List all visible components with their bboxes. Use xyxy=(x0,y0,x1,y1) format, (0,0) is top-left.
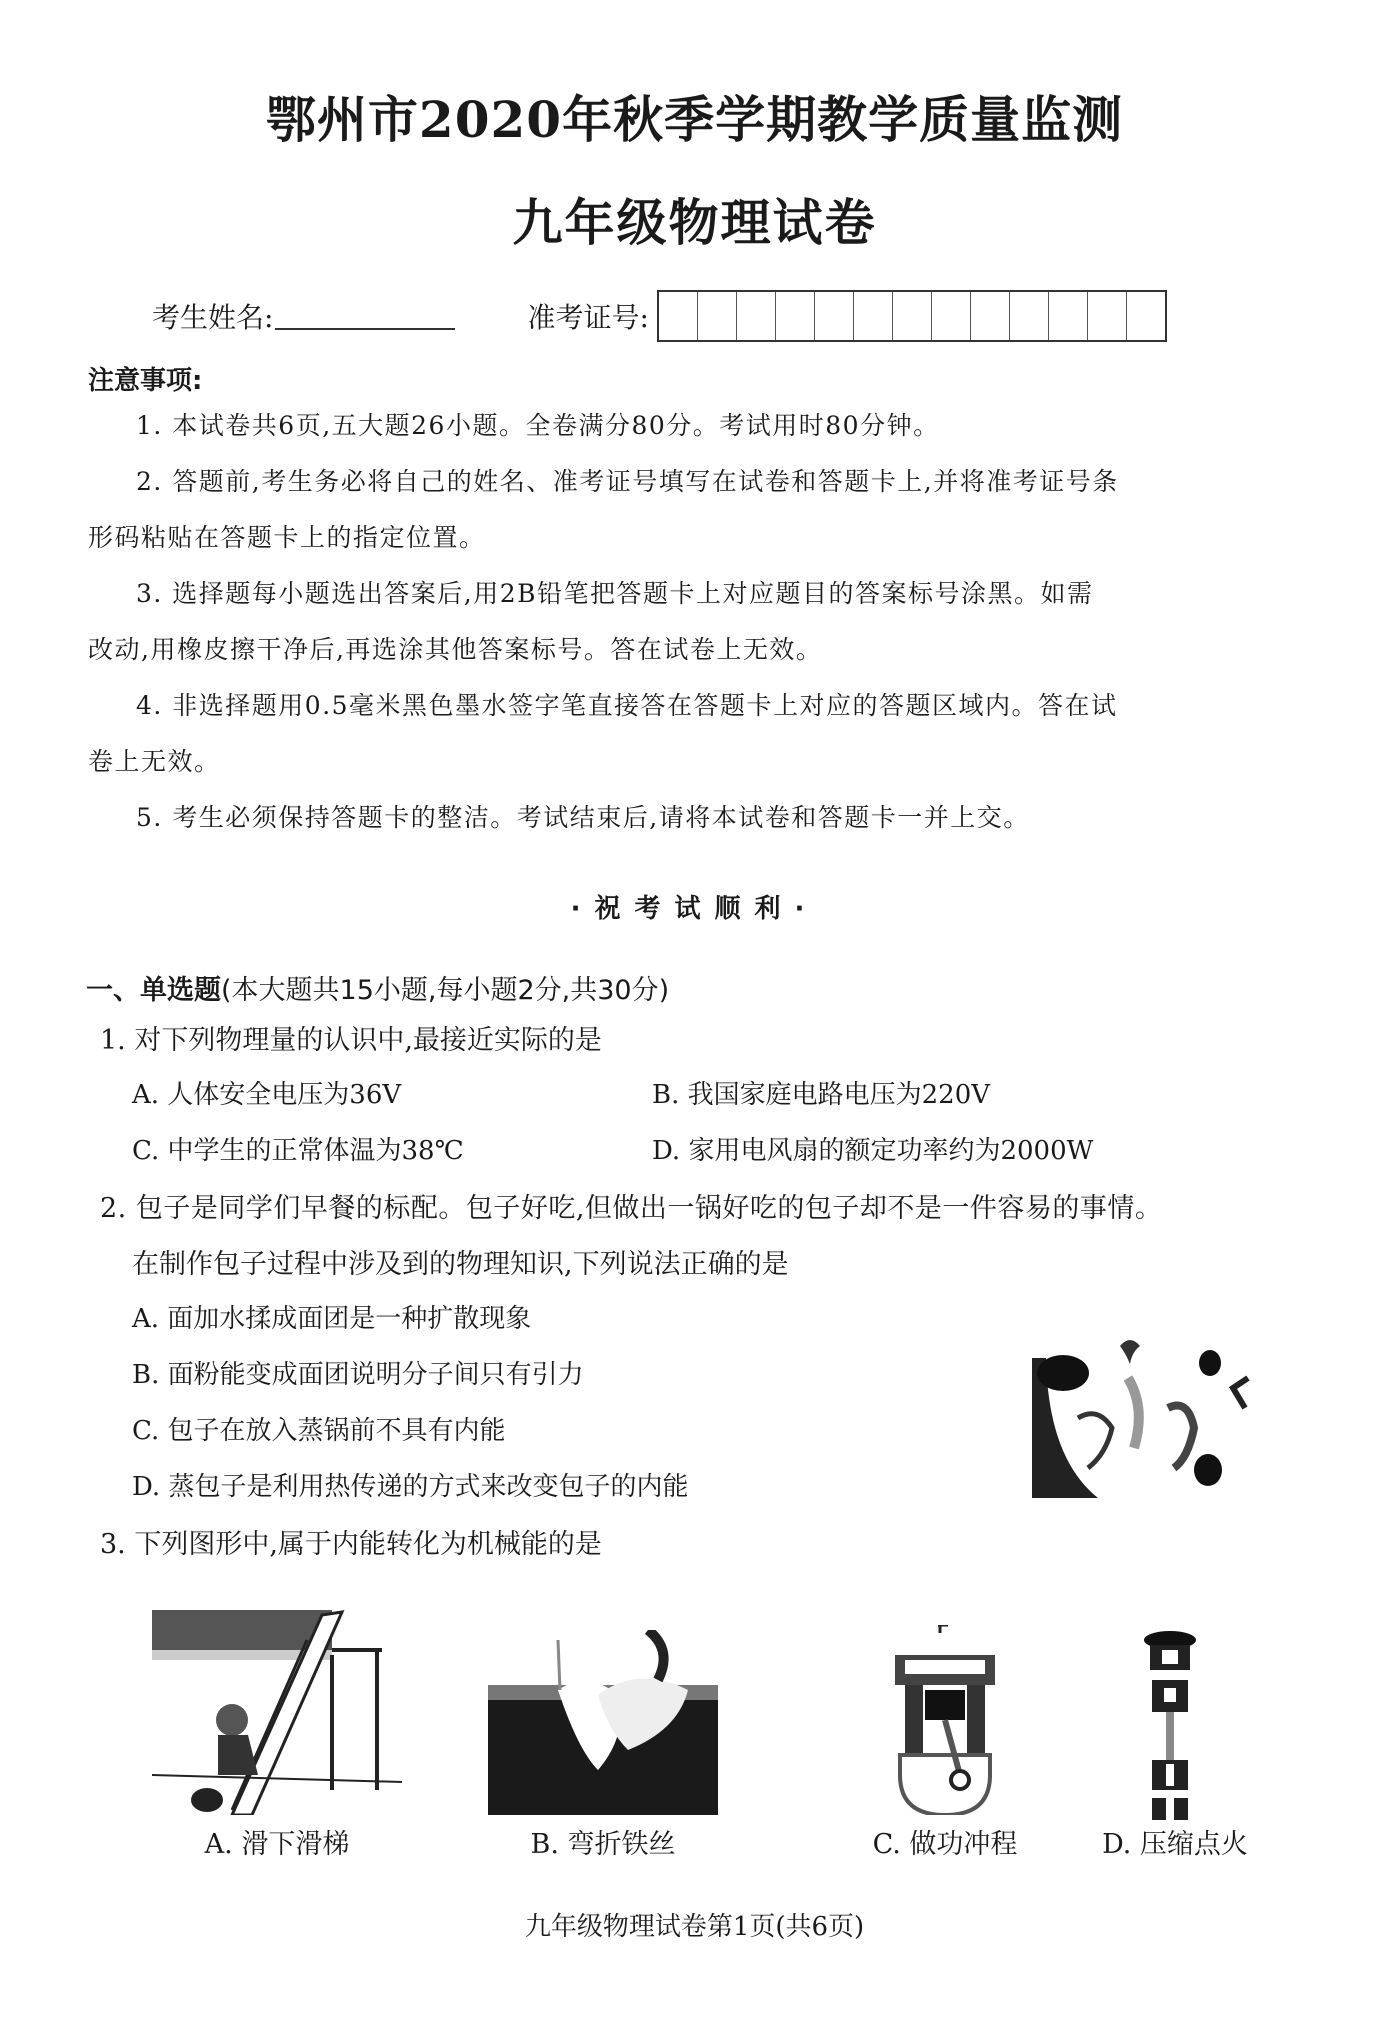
id-box[interactable] xyxy=(893,292,932,340)
notice-item-1: 1. 本试卷共6页,五大题26小题。全卷满分80分。考试用时80分钟。 xyxy=(88,398,1308,454)
q1-option-c[interactable]: C. 中学生的正常体温为38℃ xyxy=(132,1130,464,1167)
name-label: 考生姓名: xyxy=(152,296,273,336)
bending-wire-image-icon xyxy=(488,1630,718,1815)
id-box[interactable] xyxy=(659,292,698,340)
id-box[interactable] xyxy=(776,292,815,340)
q2-option-d[interactable]: D. 蒸包子是利用热传递的方式来改变包子的内能 xyxy=(132,1466,688,1503)
notice-heading: 注意事项: xyxy=(88,360,202,397)
fire-syringe-icon xyxy=(1140,1630,1200,1820)
id-box[interactable] xyxy=(1127,292,1165,340)
id-box[interactable] xyxy=(698,292,737,340)
engine-cylinder-icon xyxy=(890,1625,1000,1815)
id-box[interactable] xyxy=(1049,292,1088,340)
notice-text: 改动,用橡皮擦干净后,再选涂其他答案标号。答在试卷上无效。 xyxy=(88,622,1308,678)
id-box[interactable] xyxy=(737,292,776,340)
compression-ignition-apparatus xyxy=(1140,1630,1200,1820)
engine-power-stroke-diagram xyxy=(890,1625,1000,1815)
admission-number-label: 准考证号: xyxy=(527,296,648,336)
notice-text: 3. 选择题每小题选出答案后,用2B铅笔把答题卡上对应题目的答案标号涂黑。如需 xyxy=(88,566,1308,622)
id-box[interactable] xyxy=(932,292,971,340)
steamed-buns-photo xyxy=(1028,1318,1268,1498)
notice-item-3: 3. 选择题每小题选出答案后,用2B铅笔把答题卡上对应题目的答案标号涂黑。如需 … xyxy=(88,566,1308,678)
q1-option-b[interactable]: B. 我国家庭电路电压为220V xyxy=(652,1074,990,1111)
notice-text: 卷上无效。 xyxy=(88,734,1308,790)
notice-item-4: 4. 非选择题用0.5毫米黑色墨水签字笔直接答在答题卡上对应的答题区域内。答在试… xyxy=(88,678,1308,790)
bending-wire-photo xyxy=(488,1630,718,1815)
admission-number-grid[interactable] xyxy=(657,290,1167,342)
notice-text: 1. 本试卷共6页,五大题26小题。全卷满分80分。考试用时80分钟。 xyxy=(88,398,1308,454)
notice-text: 形码粘贴在答题卡上的指定位置。 xyxy=(88,510,1308,566)
id-box[interactable] xyxy=(815,292,854,340)
question-1-stem: 1. 对下列物理量的认识中,最接近实际的是 xyxy=(100,1018,602,1057)
q2-option-c[interactable]: C. 包子在放入蒸锅前不具有内能 xyxy=(132,1410,506,1447)
slide-illustration xyxy=(152,1610,402,1815)
id-box[interactable] xyxy=(1088,292,1127,340)
q1-option-a[interactable]: A. 人体安全电压为36V xyxy=(132,1074,401,1111)
id-box[interactable] xyxy=(854,292,893,340)
name-field[interactable] xyxy=(275,302,455,330)
id-box[interactable] xyxy=(971,292,1010,340)
notice-text: 4. 非选择题用0.5毫米黑色墨水签字笔直接答在答题卡上对应的答题区域内。答在试 xyxy=(88,678,1308,734)
notice-text: 5. 考生必须保持答题卡的整洁。考试结束后,请将本试卷和答题卡一并上交。 xyxy=(88,790,1308,846)
steamed-buns-image-icon xyxy=(1028,1318,1268,1498)
page-footer: 九年级物理试卷第1页(共6页) xyxy=(0,1906,1389,1943)
candidate-info-row: 考生姓名: 准考证号: xyxy=(152,290,1167,342)
notice-text: 2. 答题前,考生务必将自己的姓名、准考证号填写在试卷和答题卡上,并将准考证号条 xyxy=(88,454,1308,510)
question-2-stem-line2: 在制作包子过程中涉及到的物理知识,下列说法正确的是 xyxy=(132,1242,789,1281)
section-heading: 一、单选题(本大题共15小题,每小题2分,共30分) xyxy=(86,968,669,1007)
section-title: 一、单选题 xyxy=(86,975,221,1006)
section-note: (本大题共15小题,每小题2分,共30分) xyxy=(221,975,669,1006)
figure-caption-a[interactable]: A. 滑下滑梯 xyxy=(152,1822,402,1861)
id-box[interactable] xyxy=(1010,292,1049,340)
good-luck-banner: ·祝考试顺利· xyxy=(0,888,1389,925)
q2-option-b[interactable]: B. 面粉能变成面团说明分子间只有引力 xyxy=(132,1354,584,1391)
question-3-stem: 3. 下列图形中,属于内能转化为机械能的是 xyxy=(100,1522,602,1561)
figure-caption-c[interactable]: C. 做功冲程 xyxy=(860,1822,1030,1861)
figure-caption-b[interactable]: B. 弯折铁丝 xyxy=(488,1822,718,1861)
exam-subtitle: 九年级物理试卷 xyxy=(0,183,1389,255)
notice-item-2: 2. 答题前,考生务必将自己的姓名、准考证号填写在试卷和答题卡上,并将准考证号条… xyxy=(88,454,1308,566)
q2-option-a[interactable]: A. 面加水揉成面团是一种扩散现象 xyxy=(132,1298,531,1335)
figure-caption-d[interactable]: D. 压缩点火 xyxy=(1090,1822,1260,1861)
q1-option-d[interactable]: D. 家用电风扇的额定功率约为2000W xyxy=(652,1130,1093,1167)
notice-item-5: 5. 考生必须保持答题卡的整洁。考试结束后,请将本试卷和答题卡一并上交。 xyxy=(88,790,1308,846)
exam-title: 鄂州市2020年秋季学期教学质量监测 xyxy=(0,80,1389,152)
slide-image-icon xyxy=(152,1610,402,1815)
question-2-stem-line1: 2. 包子是同学们早餐的标配。包子好吃,但做出一锅好吃的包子却不是一件容易的事情… xyxy=(100,1186,1162,1225)
